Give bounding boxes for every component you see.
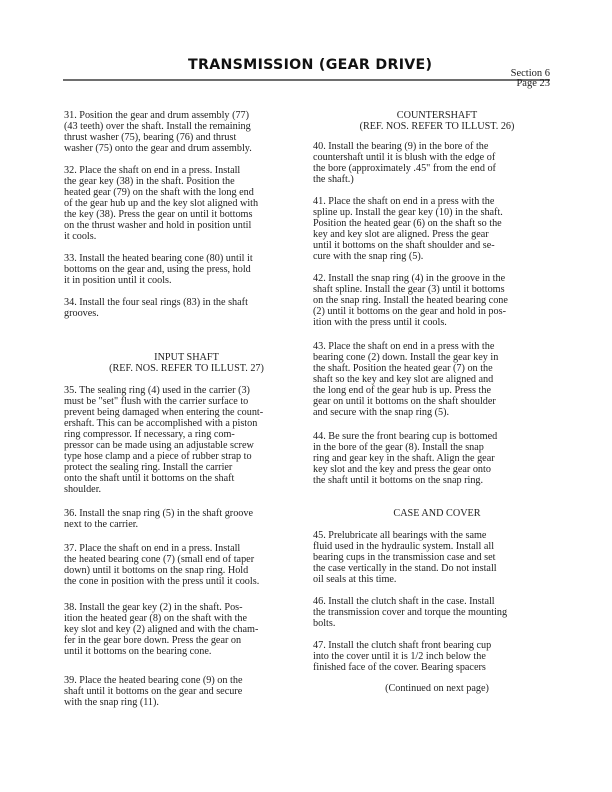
step-34: 34. Install the four seal rings (83) in …	[64, 297, 309, 319]
countershaft-heading: COUNTERSHAFT (REF. NOS. REFER TO ILLUST.…	[313, 110, 561, 132]
step-39: 39. Place the heated bearing cone (9) on…	[64, 675, 309, 708]
step-45: 45. Prelubricate all bearings with the s…	[313, 530, 561, 585]
step-46: 46. Install the clutch shaft in the case…	[313, 596, 561, 629]
step-44: 44. Be sure the front bearing cup is bot…	[313, 431, 561, 486]
step-36: 36. Install the snap ring (5) in the sha…	[64, 508, 309, 530]
step-38: 38. Install the gear key (2) in the shaf…	[64, 602, 309, 657]
right-column: COUNTERSHAFT (REF. NOS. REFER TO ILLUST.…	[313, 110, 561, 694]
step-32: 32. Place the shaft on end in a press. I…	[64, 165, 309, 242]
step-42: 42. Install the snap ring (4) in the gro…	[313, 273, 561, 328]
header-rule	[63, 79, 550, 81]
step-40: 40. Install the bearing (9) in the bore …	[313, 141, 561, 185]
step-35: 35. The sealing ring (4) used in the car…	[64, 385, 309, 495]
step-37: 37. Place the shaft on end in a press. I…	[64, 543, 309, 587]
page-number: Page 23	[511, 79, 550, 89]
case-cover-heading: CASE AND COVER	[313, 508, 561, 519]
section-page-info: Section 6 Page 23	[511, 69, 550, 89]
page-title: TRANSMISSION (GEAR DRIVE)	[188, 57, 424, 73]
step-31: 31. Position the gear and drum assembly …	[64, 110, 309, 154]
step-33: 33. Install the heated bearing cone (80)…	[64, 253, 309, 286]
step-47: 47. Install the clutch shaft front beari…	[313, 640, 561, 673]
input-shaft-heading: INPUT SHAFT (REF. NOS. REFER TO ILLUST. …	[64, 352, 309, 374]
step-43: 43. Place the shaft on end in a press wi…	[313, 341, 561, 418]
step-41: 41. Place the shaft on end in a press wi…	[313, 196, 561, 262]
left-column: 31. Position the gear and drum assembly …	[64, 110, 309, 708]
continued-note: (Continued on next page)	[313, 683, 561, 694]
